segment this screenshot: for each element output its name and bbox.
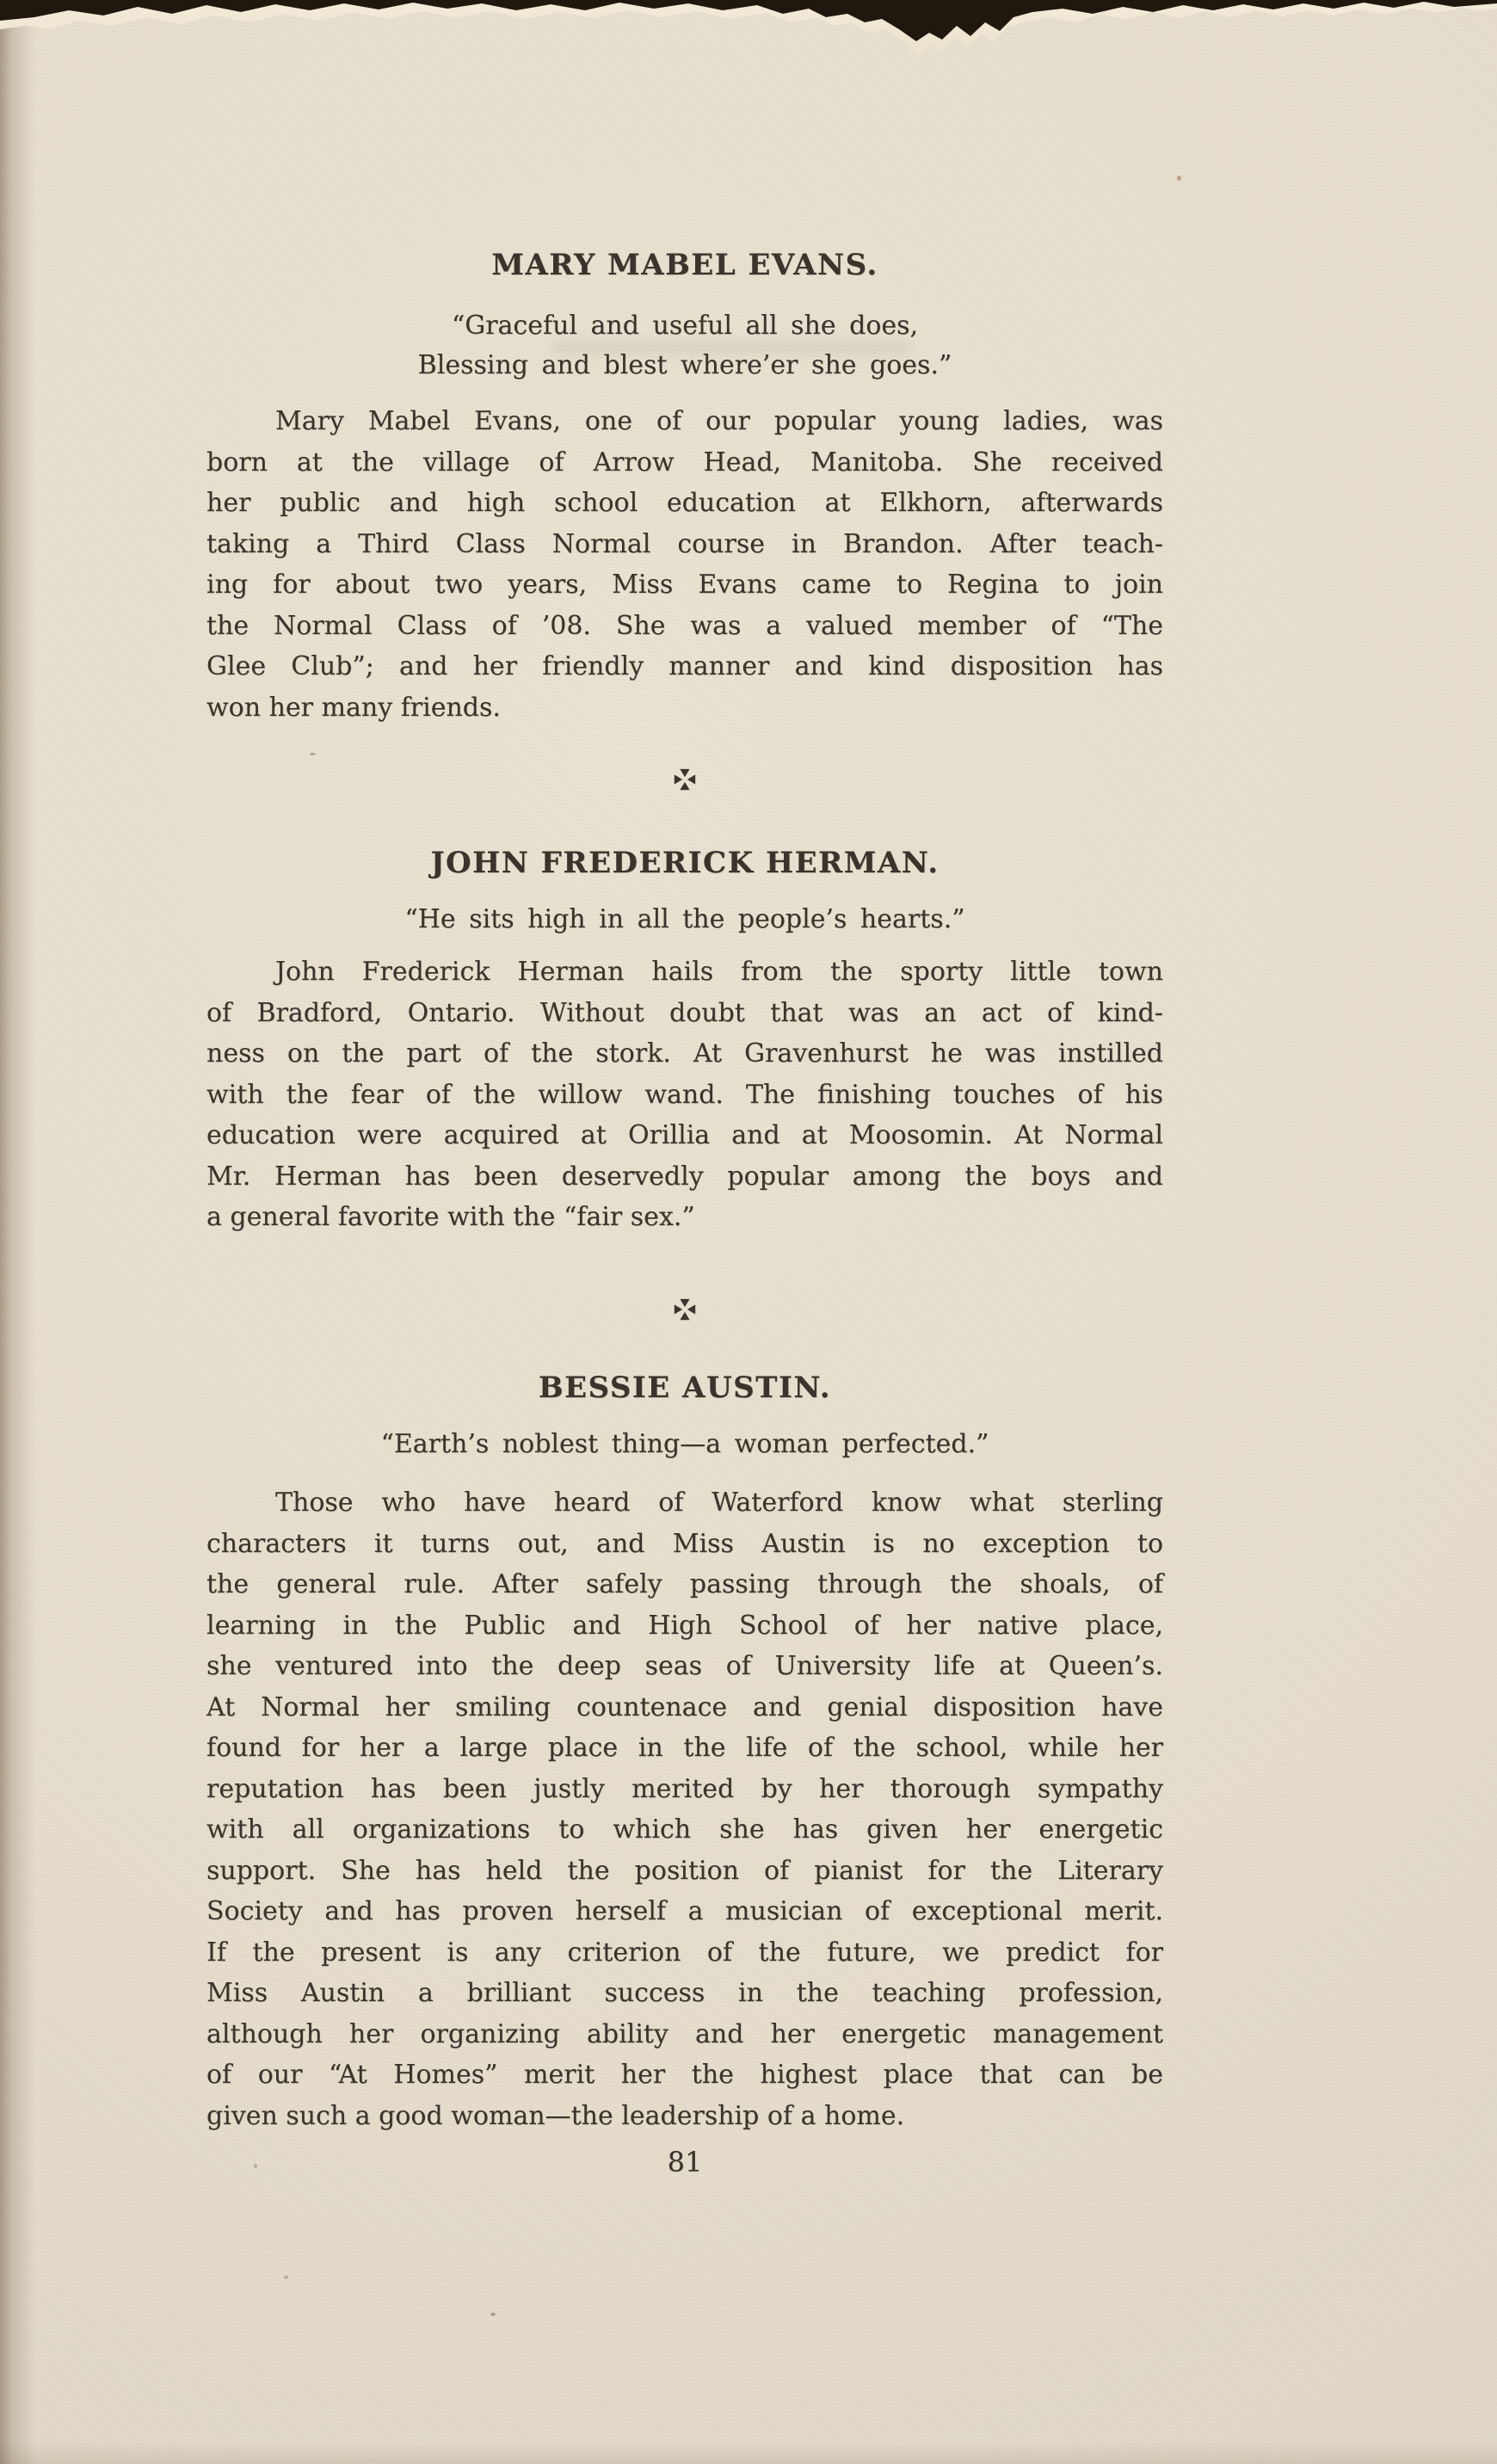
text-line: ness on the part of the stork. At Graven… (206, 1033, 1163, 1075)
paper-speck (254, 2164, 257, 2168)
text-line: If the present is any criterion of the f… (206, 1932, 1163, 1974)
section-paragraph: Those who have heard of Waterford know w… (206, 1482, 1163, 2136)
text-line: Blessing and blest where’er she goes.” (206, 346, 1163, 385)
text-line: a general favorite with the “fair sex.” (206, 1197, 1163, 1238)
text-line: won her many friends. (206, 687, 1163, 729)
text-line: of Bradford, Ontario. Without doubt that… (206, 993, 1163, 1034)
text-line: the Normal Class of ’08. She was a value… (206, 606, 1163, 647)
text-line: with the fear of the willow wand. The fi… (206, 1075, 1163, 1116)
text-line: learning in the Public and High School o… (206, 1605, 1163, 1647)
text-line: taking a Third Class Normal course in Br… (206, 524, 1163, 565)
text-line: Miss Austin a brilliant success in the t… (206, 1973, 1163, 2014)
text-line: support. She has held the position of pi… (206, 1851, 1163, 1892)
text-line: Society and has proven herself a musicia… (206, 1891, 1163, 1932)
text-line: Glee Club”; and her friendly manner and … (206, 646, 1163, 687)
text-line: John Frederick Herman hails from the spo… (206, 952, 1163, 993)
paper-speck (310, 753, 316, 755)
text-line: born at the village of Arrow Head, Manit… (206, 442, 1163, 484)
paper-sheet: MARY MABEL EVANS. “Graceful and useful a… (0, 0, 1497, 2464)
text-line: found for her a large place in the life … (206, 1728, 1163, 1769)
text-line: reputation has been justly merited by he… (206, 1769, 1163, 1810)
text-line: given such a good woman—the leadership o… (206, 2096, 1163, 2137)
text-line: Those who have heard of Waterford know w… (206, 1482, 1163, 1524)
section-paragraph: John Frederick Herman hails from the spo… (206, 952, 1163, 1238)
text-line: her public and high school education at … (206, 483, 1163, 524)
text-line: “Earth’s noblest thing—a woman perfected… (206, 1425, 1163, 1464)
page-number: 81 (206, 2145, 1163, 2179)
section-paragraph: Mary Mabel Evans, one of our popular you… (206, 401, 1163, 728)
text-line: ing for about two years, Miss Evans came… (206, 564, 1163, 606)
text-line: education were acquired at Orillia and a… (206, 1115, 1163, 1156)
section-title: JOHN FREDERICK HERMAN. (206, 846, 1163, 880)
text-line: “Graceful and useful all she does, (206, 306, 1163, 346)
bottom-edge-shadow (0, 2442, 1497, 2464)
section-divider-icon (206, 1297, 1163, 1322)
paper-speck (1177, 176, 1181, 181)
paper-speck (490, 2313, 496, 2316)
section-divider-icon (206, 767, 1163, 792)
text-line: although her organizing ability and her … (206, 2014, 1163, 2055)
text-line: she ventured into the deep seas of Unive… (206, 1646, 1163, 1687)
section-title: BESSIE AUSTIN. (206, 1371, 1163, 1405)
section-quote: “Earth’s noblest thing—a woman perfected… (206, 1425, 1163, 1464)
section-quote: “Graceful and useful all she does,Blessi… (206, 306, 1163, 385)
paper-speck (284, 2276, 288, 2279)
scanned-book-page: MARY MABEL EVANS. “Graceful and useful a… (0, 0, 1497, 2464)
text-line: Mary Mabel Evans, one of our popular you… (206, 401, 1163, 442)
text-line: At Normal her smiling countenace and gen… (206, 1687, 1163, 1728)
text-line: the general rule. After safely passing t… (206, 1564, 1163, 1605)
book-gutter-shadow (0, 0, 36, 2464)
text-line: of our “At Homes” merit her the highest … (206, 2054, 1163, 2096)
section-title: MARY MABEL EVANS. (206, 248, 1163, 282)
paper-speck (1150, 976, 1154, 980)
text-line: Mr. Herman has been deservedly popular a… (206, 1156, 1163, 1198)
text-line: characters it turns out, and Miss Austin… (206, 1524, 1163, 1565)
section-quote: “He sits high in all the people’s hearts… (206, 900, 1163, 939)
text-line: with all organizations to which she has … (206, 1809, 1163, 1851)
text-line: “He sits high in all the people’s hearts… (206, 900, 1163, 939)
